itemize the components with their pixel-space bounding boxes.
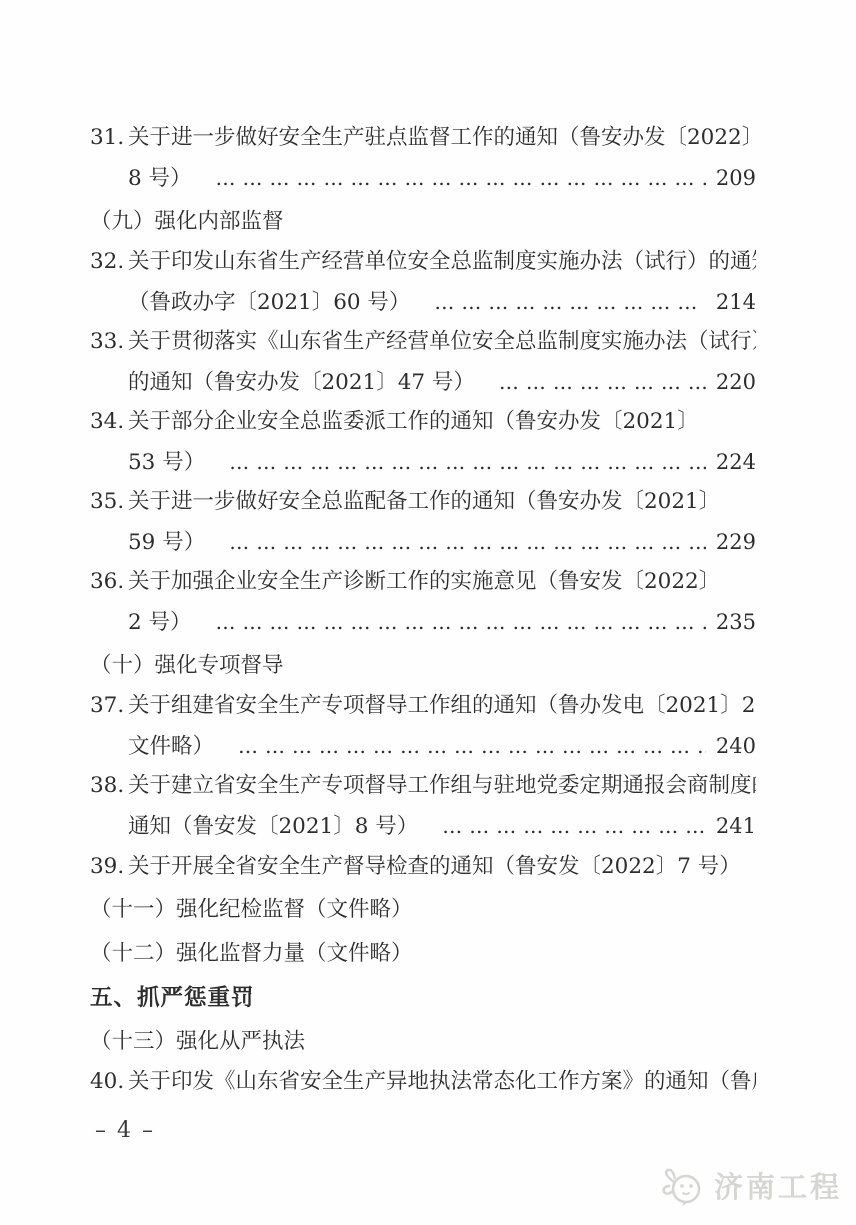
entry-number: 36. <box>90 562 128 602</box>
toc-entry: 40.关于印发《山东省安全生产异地执法常态化工作方案》的通知（鲁应 <box>90 1062 756 1102</box>
entry-title-text: 关于部分企业安全总监委派工作的通知（鲁安办发〔2021〕 <box>128 402 699 442</box>
dot-leader: ………………………………………………………………………………………………………… <box>434 282 706 322</box>
section-heading: （十三）强化从严执法 <box>90 1022 756 1062</box>
entry-title-text: 关于建立省安全生产专项督导工作组与驻地党委定期通报会商制度的 <box>128 766 756 806</box>
toc-entry-line: 33.关于贯彻落实《山东省生产经营单位安全总监制度实施办法（试行）》 <box>90 322 756 362</box>
toc-entry: 31.关于进一步做好安全生产驻点监督工作的通知（鲁安办发〔2022〕8 号）……… <box>90 118 756 198</box>
toc-entry: 39.关于开展全省安全生产督导检查的通知（鲁安发〔2022〕7 号）………………… <box>90 846 756 886</box>
entry-page-number: 241 <box>714 806 756 846</box>
toc-entry: 36.关于加强企业安全生产诊断工作的实施意见（鲁安发〔2022〕2 号）…………… <box>90 562 756 642</box>
entry-title-text: 文件略） <box>128 727 214 766</box>
toc-entry-line: 32.关于印发山东省生产经营单位安全总监制度实施办法（试行）的通知 <box>90 242 756 282</box>
entry-title-text: 关于开展全省安全生产督导检查的通知（鲁安发〔2022〕7 号） <box>128 847 741 886</box>
entry-title-text: 53 号） <box>128 443 205 482</box>
entry-title-text: 59 号） <box>128 523 205 562</box>
dot-leader: ………………………………………………………………………………………………………… <box>442 806 706 846</box>
toc-entry-line: 35.关于进一步做好安全总监配备工作的通知（鲁安办发〔2021〕 <box>90 482 756 522</box>
dot-leader: ………………………………………………………………………………………………………… <box>229 442 706 482</box>
toc-entry: 34.关于部分企业安全总监委派工作的通知（鲁安办发〔2021〕53 号）…………… <box>90 402 756 482</box>
toc-entry-line: 文件略）………………………………………………………………………………………………… <box>90 726 756 766</box>
toc-entry-line: 的通知（鲁安办发〔2021〕47 号）………………………………………………………… <box>90 362 756 402</box>
section-heading-text: （十二）强化监督力量（文件略） <box>90 934 413 974</box>
toc-entry: 33.关于贯彻落实《山东省生产经营单位安全总监制度实施办法（试行）》的通知（鲁安… <box>90 322 756 402</box>
toc-entry-line: 2 号）………………………………………………………………………………………………… <box>90 602 756 642</box>
footer-page-number: – 4 – <box>95 1118 155 1143</box>
toc-entry-line: 31.关于进一步做好安全生产驻点监督工作的通知（鲁安办发〔2022〕 <box>90 118 756 158</box>
section-heading: （九）强化内部监督 <box>90 202 756 242</box>
toc-entry-line: 59 号）……………………………………………………………………………………………… <box>90 522 756 562</box>
entry-page-number: 209 <box>714 158 756 198</box>
entry-title-text: 8 号） <box>128 159 192 198</box>
toc-entry-line: 39.关于开展全省安全生产督导检查的通知（鲁安发〔2022〕7 号）………………… <box>90 846 756 886</box>
entry-title-text: 关于印发山东省生产经营单位安全总监制度实施办法（试行）的通知 <box>128 242 756 282</box>
dot-leader: ………………………………………………………………………………………………………… <box>229 522 706 562</box>
dot-leader: ………………………………………………………………………………………………………… <box>238 726 706 766</box>
chapter-heading: 五、抓严惩重罚 <box>90 978 756 1018</box>
entry-number: 34. <box>90 402 128 442</box>
entry-page-number: 229 <box>714 522 756 562</box>
toc-entry-line: 通知（鲁安发〔2021〕8 号）………………………………………………………………… <box>90 806 756 846</box>
toc-entry-line: 36.关于加强企业安全生产诊断工作的实施意见（鲁安发〔2022〕 <box>90 562 756 602</box>
entry-title-text: 关于组建省安全生产专项督导工作组的通知（鲁办发电〔2021〕28 号， <box>128 686 756 726</box>
entry-page-number: 214 <box>714 282 756 322</box>
entry-number: 37. <box>90 686 128 726</box>
section-heading-text: （十）强化专项督导 <box>90 646 284 686</box>
toc-entry-line: 40.关于印发《山东省安全生产异地执法常态化工作方案》的通知（鲁应 <box>90 1062 756 1102</box>
toc-entry-line: 37.关于组建省安全生产专项督导工作组的通知（鲁办发电〔2021〕28 号， <box>90 686 756 726</box>
entry-page-number: 224 <box>714 442 756 482</box>
section-heading: （十）强化专项督导 <box>90 646 756 686</box>
document-page: 31.关于进一步做好安全生产驻点监督工作的通知（鲁安办发〔2022〕8 号）……… <box>0 0 856 1225</box>
toc-entry-line: 8 号）………………………………………………………………………………………………… <box>90 158 756 198</box>
entry-number: 31. <box>90 118 128 158</box>
toc-entry: 38.关于建立省安全生产专项督导工作组与驻地党委定期通报会商制度的通知（鲁安发〔… <box>90 766 756 846</box>
entry-title-text: （鲁政办字〔2021〕60 号） <box>128 283 410 322</box>
toc-entry-line: 38.关于建立省安全生产专项督导工作组与驻地党委定期通报会商制度的 <box>90 766 756 806</box>
table-of-contents: 31.关于进一步做好安全生产驻点监督工作的通知（鲁安办发〔2022〕8 号）……… <box>90 118 756 1102</box>
entry-page-number: 240 <box>714 726 756 766</box>
section-heading-text: （十三）强化从严执法 <box>90 1022 305 1062</box>
chapter-heading-text: 五、抓严惩重罚 <box>90 978 255 1018</box>
entry-title-text: 关于进一步做好安全生产驻点监督工作的通知（鲁安办发〔2022〕 <box>128 118 756 158</box>
watermark-text: 济南工程 <box>714 1165 842 1206</box>
dot-leader: ………………………………………………………………………………………………………… <box>499 362 706 402</box>
watermark-mascot-icon <box>660 1166 706 1206</box>
entry-number: 40. <box>90 1062 128 1102</box>
toc-entry-line: 53 号）……………………………………………………………………………………………… <box>90 442 756 482</box>
entry-page-number: 220 <box>714 362 756 402</box>
toc-entry-line: 34.关于部分企业安全总监委派工作的通知（鲁安办发〔2021〕 <box>90 402 756 442</box>
entry-title-text: 关于加强企业安全生产诊断工作的实施意见（鲁安发〔2022〕 <box>128 562 720 602</box>
entry-title-text: 关于贯彻落实《山东省生产经营单位安全总监制度实施办法（试行）》 <box>128 322 756 362</box>
entry-title-text: 的通知（鲁安办发〔2021〕47 号） <box>128 363 475 402</box>
jinan-gongcheng-watermark: 济南工程 <box>660 1165 842 1206</box>
entry-page-number: 235 <box>714 602 756 642</box>
entry-number: 39. <box>90 847 128 886</box>
toc-entry: 35.关于进一步做好安全总监配备工作的通知（鲁安办发〔2021〕59 号）………… <box>90 482 756 562</box>
entry-number: 32. <box>90 242 128 282</box>
section-heading: （十二）强化监督力量（文件略） <box>90 934 756 974</box>
toc-entry-line: （鲁政办字〔2021〕60 号）………………………………………………………………… <box>90 282 756 322</box>
dot-leader: ………………………………………………………………………………………………………… <box>216 158 706 198</box>
toc-entry: 37.关于组建省安全生产专项督导工作组的通知（鲁办发电〔2021〕28 号，文件… <box>90 686 756 766</box>
entry-number: 38. <box>90 766 128 806</box>
section-heading-text: （十一）强化纪检监督（文件略） <box>90 890 413 930</box>
entry-title-text: 关于印发《山东省安全生产异地执法常态化工作方案》的通知（鲁应 <box>128 1062 756 1102</box>
toc-entry: 32.关于印发山东省生产经营单位安全总监制度实施办法（试行）的通知（鲁政办字〔2… <box>90 242 756 322</box>
section-heading: （十一）强化纪检监督（文件略） <box>90 890 756 930</box>
entry-title-text: 关于进一步做好安全总监配备工作的通知（鲁安办发〔2021〕 <box>128 482 720 522</box>
entry-title-text: 2 号） <box>128 603 192 642</box>
dot-leader: ………………………………………………………………………………………………………… <box>216 602 706 642</box>
entry-number: 33. <box>90 322 128 362</box>
entry-number: 35. <box>90 482 128 522</box>
section-heading-text: （九）强化内部监督 <box>90 202 284 242</box>
entry-title-text: 通知（鲁安发〔2021〕8 号） <box>128 807 418 846</box>
